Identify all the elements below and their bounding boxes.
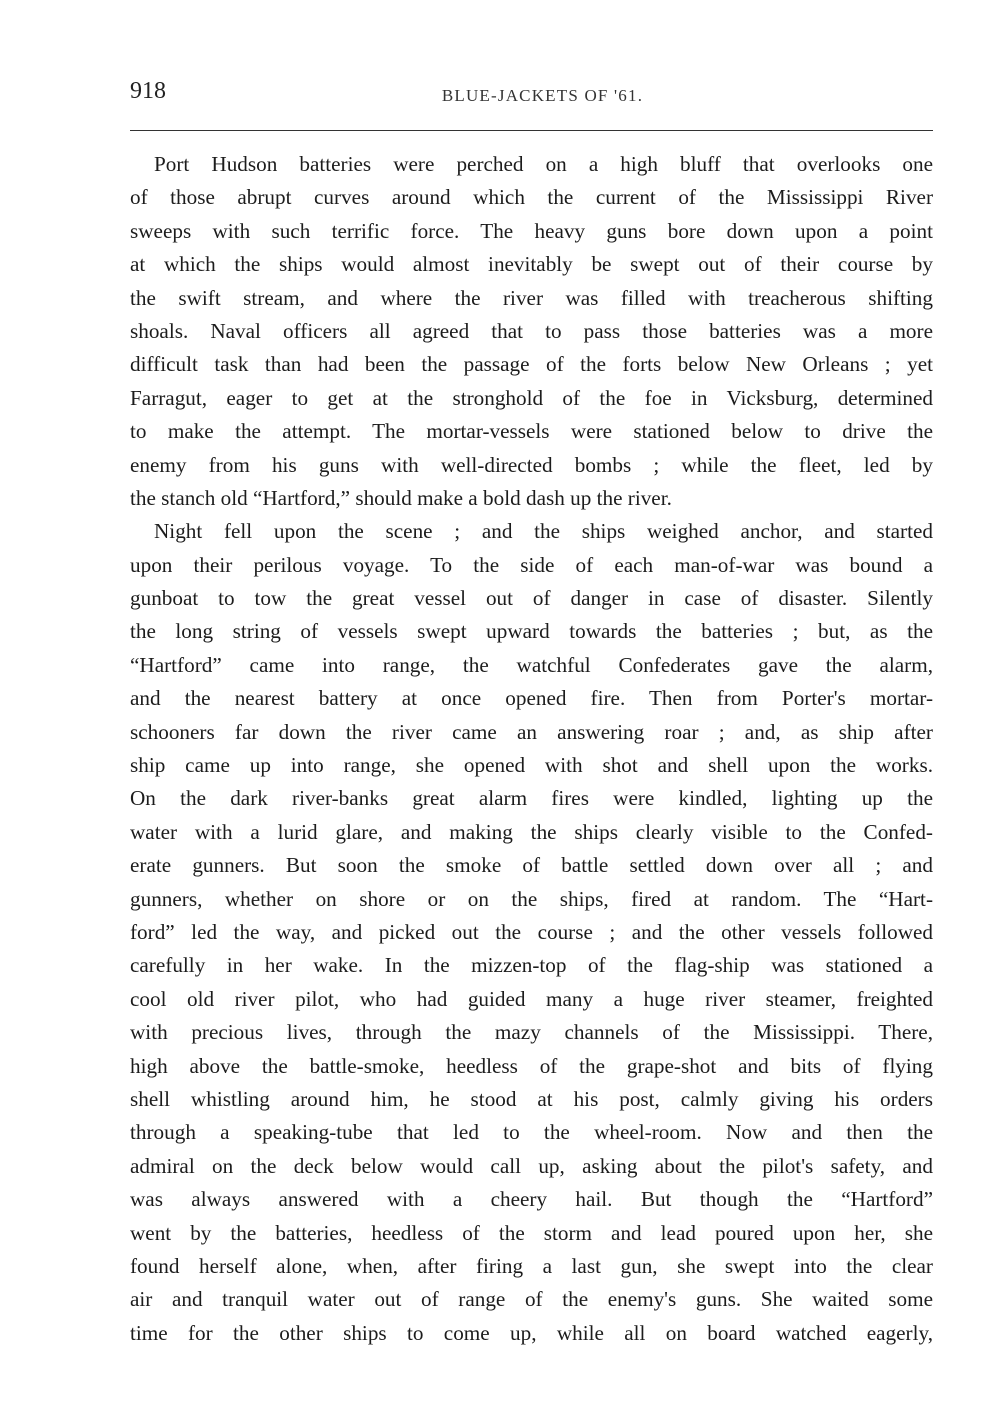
text-line: schooners far down the river came an ans… <box>130 716 933 749</box>
running-head: 918 BLUE-JACKETS OF '61. <box>130 78 935 112</box>
header-rule-divider <box>130 130 933 131</box>
text-line: enemy from his guns with well-directed b… <box>130 449 933 482</box>
body-text: Port Hudson batteries were perched on a … <box>130 148 933 1350</box>
text-line: went by the batteries, heedless of the s… <box>130 1217 933 1250</box>
text-line: water with a lurid glare, and making the… <box>130 816 933 849</box>
text-line: of those abrupt curves around which the … <box>130 181 933 214</box>
text-line: to make the attempt. The mortar-vessels … <box>130 415 933 448</box>
text-line: high above the battle-smoke, heedless of… <box>130 1050 933 1083</box>
text-line: at which the ships would almost inevitab… <box>130 248 933 281</box>
text-line: the long string of vessels swept upward … <box>130 615 933 648</box>
text-line: with precious lives, through the mazy ch… <box>130 1016 933 1049</box>
text-line: On the dark river-banks great alarm fire… <box>130 782 933 815</box>
text-line: time for the other ships to come up, whi… <box>130 1317 933 1350</box>
text-line: admiral on the deck below would call up,… <box>130 1150 933 1183</box>
text-line: through a speaking-tube that led to the … <box>130 1116 933 1149</box>
text-line: cool old river pilot, who had guided man… <box>130 983 933 1016</box>
running-title: BLUE-JACKETS OF '61. <box>130 86 935 106</box>
text-line: ship came up into range, she opened with… <box>130 749 933 782</box>
text-line: erate gunners. But soon the smoke of bat… <box>130 849 933 882</box>
text-line: the stanch old “Hartford,” should make a… <box>130 482 933 515</box>
text-line: Night fell upon the scene ; and the ship… <box>130 515 933 548</box>
text-line: carefully in her wake. In the mizzen-top… <box>130 949 933 982</box>
text-line: Farragut, eager to get at the stronghold… <box>130 382 933 415</box>
text-line: sweeps with such terrific force. The hea… <box>130 215 933 248</box>
text-line: upon their perilous voyage. To the side … <box>130 549 933 582</box>
text-line: was always answered with a cheery hail. … <box>130 1183 933 1216</box>
text-line: difficult task than had been the passage… <box>130 348 933 381</box>
text-line: “Hartford” came into range, the watchful… <box>130 649 933 682</box>
text-line: gunners, whether on shore or on the ship… <box>130 883 933 916</box>
text-line: and the nearest battery at once opened f… <box>130 682 933 715</box>
text-line: gunboat to tow the great vessel out of d… <box>130 582 933 615</box>
text-line: Port Hudson batteries were perched on a … <box>130 148 933 181</box>
text-line: found herself alone, when, after firing … <box>130 1250 933 1283</box>
book-page: 918 BLUE-JACKETS OF '61. Port Hudson bat… <box>0 0 1000 1410</box>
text-line: shoals. Naval officers all agreed that t… <box>130 315 933 348</box>
text-line: shell whistling around him, he stood at … <box>130 1083 933 1116</box>
text-line: the swift stream, and where the river wa… <box>130 282 933 315</box>
text-line: air and tranquil water out of range of t… <box>130 1283 933 1316</box>
text-line: ford” led the way, and picked out the co… <box>130 916 933 949</box>
